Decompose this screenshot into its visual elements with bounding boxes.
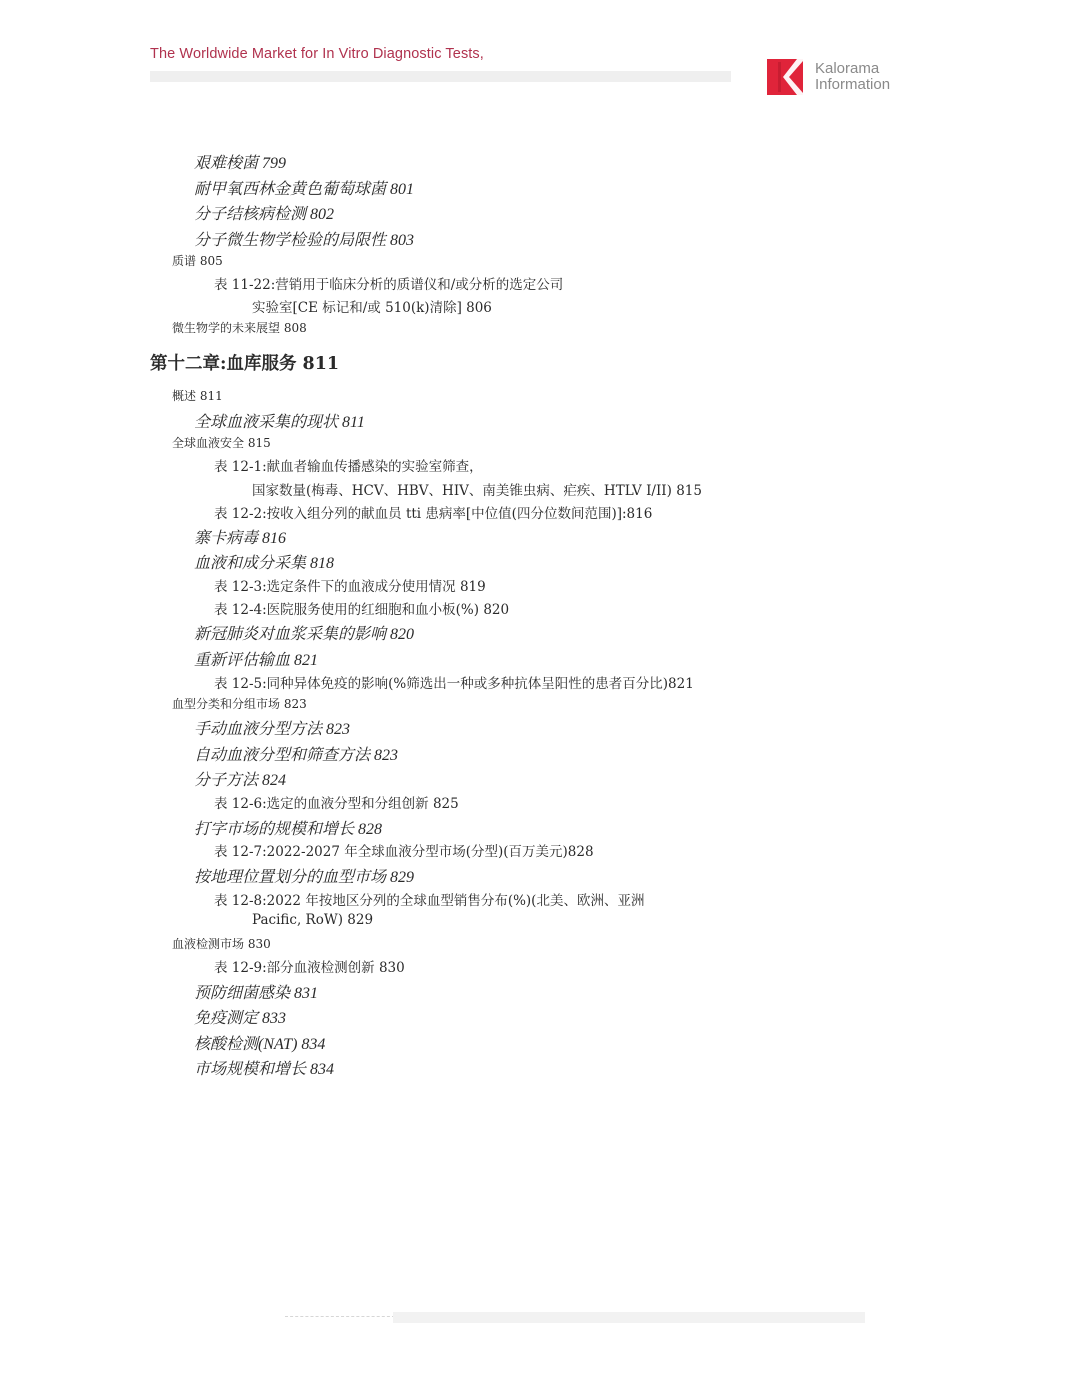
toc-entry-table[interactable]: 表 12-4:医院服务使用的红细胞和血小板(%) 820 bbox=[214, 598, 509, 618]
kalorama-logo: Kalorama Information bbox=[767, 59, 890, 95]
toc-entry-sub[interactable]: 免疫测定 833 bbox=[194, 1005, 286, 1028]
toc-entry-sub[interactable]: 分子微生物学检验的局限性 803 bbox=[194, 227, 414, 250]
kalorama-k-logo-icon bbox=[767, 59, 803, 95]
toc-entry-section[interactable]: 血型分类和分组市场 823 bbox=[172, 695, 307, 712]
toc-entry-sub[interactable]: 寨卡病毒 816 bbox=[194, 525, 286, 548]
report-title: The Worldwide Market for In Vitro Diagno… bbox=[150, 46, 484, 62]
toc-entry-section[interactable]: 微生物学的未来展望 808 bbox=[172, 319, 307, 336]
toc-entry-section[interactable]: 血液检测市场 830 bbox=[172, 935, 271, 952]
toc-entry-sub[interactable]: 耐甲氧西林金黄色葡萄球菌 801 bbox=[194, 176, 414, 199]
document-page: The Worldwide Market for In Vitro Diagno… bbox=[0, 0, 1080, 1396]
logo-line-1: Kalorama bbox=[815, 61, 890, 77]
toc-entry-sub[interactable]: 手动血液分型方法 823 bbox=[194, 716, 350, 739]
toc-entry-section[interactable]: 全球血液安全 815 bbox=[172, 434, 271, 451]
toc-entry-sub[interactable]: 重新评估输血 821 bbox=[194, 647, 318, 670]
toc-entry-table[interactable]: 表 12-1:献血者输血传播感染的实验室筛查， bbox=[214, 455, 483, 475]
toc-entry-sub[interactable]: 自动血液分型和筛查方法 823 bbox=[194, 742, 398, 765]
toc-entry-cont[interactable]: 实验室[CE 标记和/或 510(k)清除] 806 bbox=[252, 296, 492, 316]
toc-entry-sub[interactable]: 艰难梭菌 799 bbox=[194, 150, 286, 173]
toc-entry-sub[interactable]: 新冠肺炎对血浆采集的影响 820 bbox=[194, 621, 414, 644]
toc-entry-table[interactable]: 表 12-7:2022-2027 年全球血液分型市场(分型)(百万美元)828 bbox=[214, 840, 594, 860]
toc-entry-chapter[interactable]: 第十二章:血库服务 811 bbox=[150, 350, 339, 375]
toc-entry-table[interactable]: 表 12-8:2022 年按地区分列的全球血型销售分布(%)(北美、欧洲、亚洲 bbox=[214, 889, 644, 909]
toc-entry-section[interactable]: 概述 811 bbox=[172, 387, 223, 404]
toc-entry-table[interactable]: 表 12-9:部分血液检测创新 830 bbox=[214, 956, 405, 976]
toc-entry-sub[interactable]: 血液和成分采集 818 bbox=[194, 550, 334, 573]
toc-entry-cont[interactable]: 国家数量(梅毒、HCV、HBV、HIV、南美锥虫病、疟疾、HTLV I/II) … bbox=[252, 479, 702, 499]
toc-entry-table[interactable]: 表 12-2:按收入组分列的献血员 tti 患病率[中位值(四分位数间范围)]:… bbox=[214, 502, 652, 522]
logo-line-2: Information bbox=[815, 77, 890, 93]
header-rule bbox=[150, 71, 731, 82]
toc-entry-sub[interactable]: 预防细菌感染 831 bbox=[194, 980, 318, 1003]
toc-entry-section[interactable]: 质谱 805 bbox=[172, 252, 223, 269]
toc-entry-sub[interactable]: 全球血液采集的现状 811 bbox=[194, 409, 365, 432]
footer-rule bbox=[393, 1312, 865, 1323]
toc-entry-cont[interactable]: Pacific, RoW) 829 bbox=[252, 912, 373, 928]
toc-entry-sub[interactable]: 分子方法 824 bbox=[194, 767, 286, 790]
toc-entry-sub[interactable]: 按地理位置划分的血型市场 829 bbox=[194, 864, 414, 887]
toc-entry-sub[interactable]: 核酸检测(NAT) 834 bbox=[194, 1031, 325, 1054]
toc-entry-table[interactable]: 表 12-5:同种异体免疫的影响(%筛选出一种或多种抗体呈阳性的患者百分比)82… bbox=[214, 672, 694, 692]
toc-entry-sub[interactable]: 分子结核病检测 802 bbox=[194, 201, 334, 224]
toc-entry-table[interactable]: 表 11-22:营销用于临床分析的质谱仪和/或分析的选定公司 bbox=[214, 273, 563, 293]
toc-entry-table[interactable]: 表 12-6:选定的血液分型和分组创新 825 bbox=[214, 792, 459, 812]
toc-entry-sub[interactable]: 打字市场的规模和增长 828 bbox=[194, 816, 382, 839]
toc-entry-table[interactable]: 表 12-3:选定条件下的血液成分使用情况 819 bbox=[214, 575, 486, 595]
footer-faint-text bbox=[285, 1316, 395, 1321]
logo-wordmark: Kalorama Information bbox=[815, 61, 890, 93]
toc-entry-sub[interactable]: 市场规模和增长 834 bbox=[194, 1056, 334, 1079]
